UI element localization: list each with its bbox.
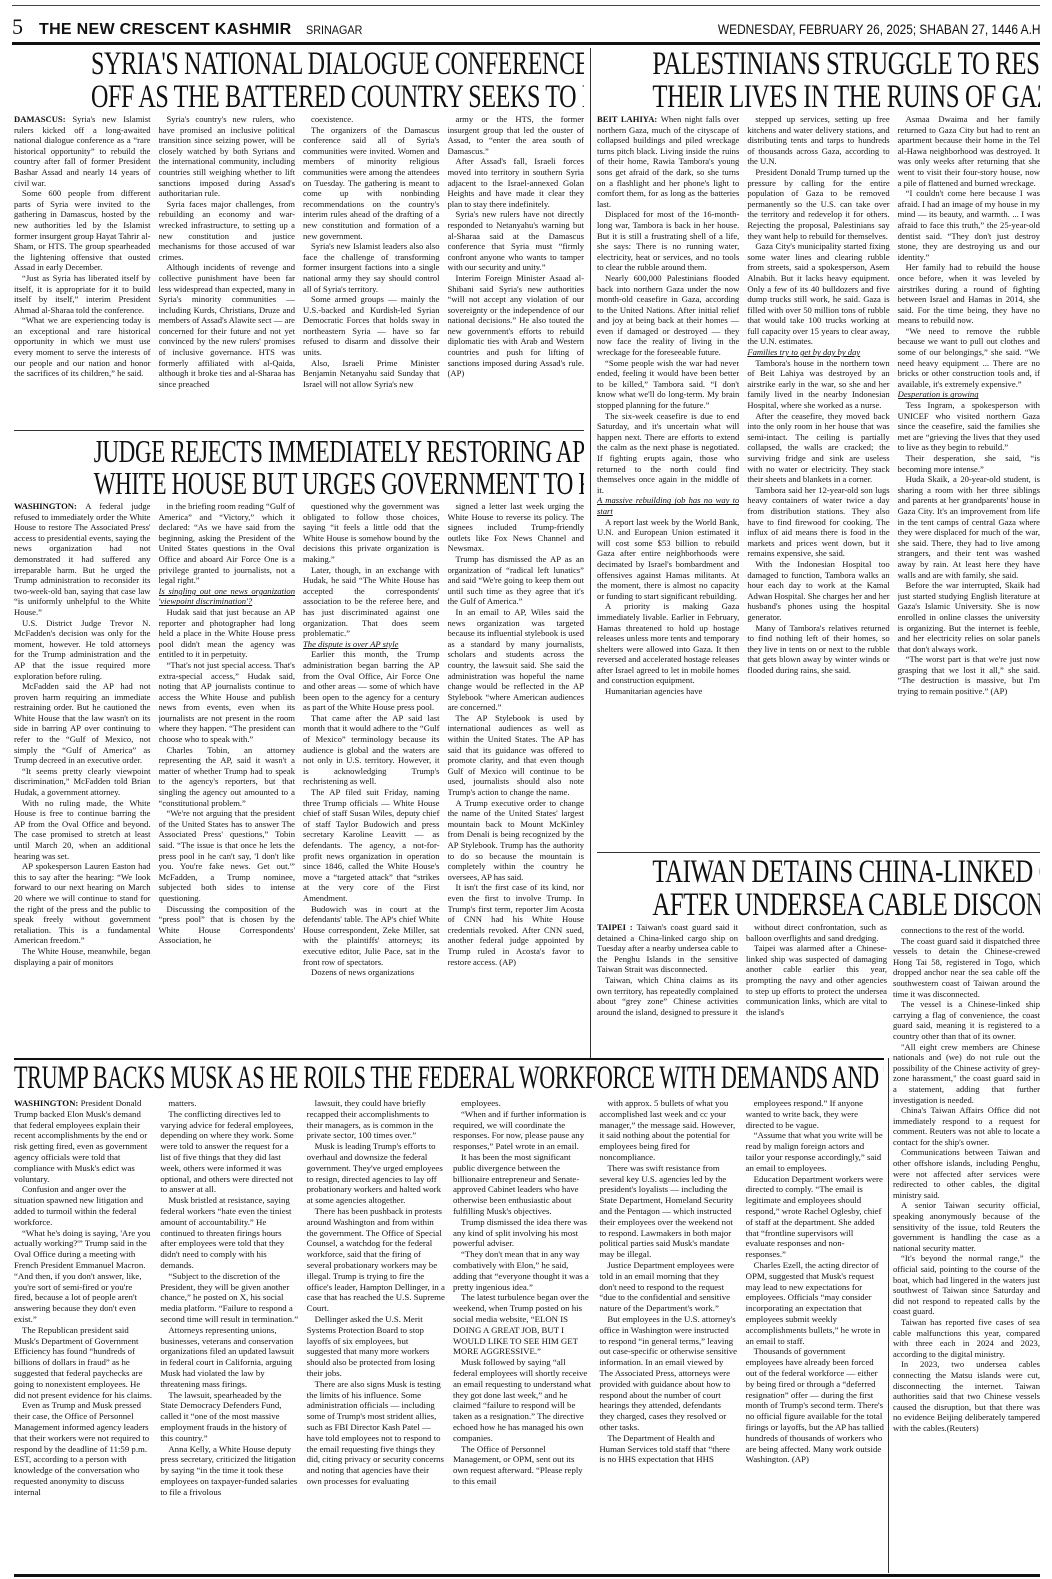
- paragraph: Syria's new rulers have not directly res…: [448, 209, 585, 273]
- headline: Syria's National Dialogue Conference Kic…: [14, 48, 584, 114]
- column-divider: [888, 1058, 889, 1573]
- paragraph: The vessel is a Chinese-linked ship carr…: [893, 999, 1040, 1041]
- paragraph: “We're not arguing that the president of…: [159, 808, 296, 903]
- paragraph: Huda Skaik, a 20-year-old student, is sh…: [898, 474, 1040, 580]
- paragraph: Gaza City's municipality started fixing …: [747, 241, 889, 347]
- paragraph: “What we are experiencing today is an ex…: [14, 315, 151, 379]
- paragraph: Tambora's house in the northern town of …: [747, 358, 889, 411]
- paragraph: Although incidents of revenge and collec…: [159, 262, 296, 389]
- article-body: DAMASCUS: Syria's new Islamist rulers ki…: [14, 114, 584, 424]
- paragraph: “When and if further information is requ…: [453, 1109, 591, 1152]
- paragraph: U.S. District Judge Trevor N. McFadden's…: [14, 618, 151, 682]
- paragraph: Some armed groups — mainly the U.S.-back…: [303, 294, 440, 358]
- paragraph: The conflicting directives led to varyin…: [160, 1109, 298, 1195]
- paragraph: The Office of Personnel Management, or O…: [453, 1444, 591, 1487]
- article-body: TAIPEI : Taiwan's coast guard said it de…: [597, 922, 887, 1052]
- paragraph: "All eight crew members are Chinese nati…: [893, 1042, 1040, 1106]
- article-taiwan-continued: connections to the rest of the world.The…: [893, 925, 1040, 1565]
- text-column: Asmaa Dwaima and her family returned to …: [898, 114, 1040, 840]
- paragraph: Her family had to rebuild the house once…: [898, 262, 1040, 326]
- article-judge: Judge Rejects Immediately Restoring AP's…: [14, 435, 584, 1055]
- paragraph: With no ruling made, the White House is …: [14, 798, 151, 862]
- paragraph: Musk followed by saying “all federal emp…: [453, 1357, 591, 1443]
- paragraph: employees respond.” If anyone wanted to …: [746, 1098, 884, 1130]
- paragraph: Dozens of news organizations: [303, 967, 440, 978]
- paragraph: Attorneys representing unions, businesse…: [160, 1325, 298, 1390]
- paragraph: Later, though, in an exchange with Hudak…: [303, 565, 440, 639]
- paragraph: The latest turbulence began over the wee…: [453, 1292, 591, 1357]
- paragraph: Some 600 people from different parts of …: [14, 188, 151, 273]
- dateline: WASHINGTON:: [14, 1098, 81, 1108]
- paragraph: stepped up services, setting up free kit…: [747, 114, 889, 167]
- paragraph: President Donald Trump turned up the pre…: [747, 167, 889, 241]
- paragraph: In 2023, two undersea cables connecting …: [893, 1359, 1040, 1433]
- paragraph: lawsuit, they could have briefly recappe…: [307, 1098, 445, 1141]
- paragraph: The organizers of the Damascus conferenc…: [303, 125, 440, 242]
- paragraph: DAMASCUS: Syria's new Islamist rulers ki…: [14, 114, 151, 188]
- paragraph: But employees in the U.S. attorney's off…: [599, 1314, 737, 1433]
- paragraph: Trump has dismissed the AP as an organiz…: [448, 554, 585, 607]
- paragraph: Interim Foreign Minister Asaad al-Shiban…: [448, 273, 585, 379]
- paragraph: A report last week by the World Bank, U.…: [597, 517, 739, 602]
- paragraph: Humanitarian agencies have: [597, 686, 739, 697]
- text-column: DAMASCUS: Syria's new Islamist rulers ki…: [14, 114, 151, 424]
- paragraph: signed a letter last week urging the Whi…: [448, 501, 585, 554]
- masthead-rule: [12, 42, 1040, 45]
- headline: Trump Backs Musk As He Roils The Federal…: [14, 1062, 884, 1098]
- text-column: questioned why the government was obliga…: [303, 501, 440, 1053]
- paragraph: Charles Ezell, the acting director of OP…: [746, 1260, 884, 1346]
- paragraph: Syria's new Islamist leaders also also f…: [303, 241, 440, 294]
- paragraph: Taiwan, which China claims as its own te…: [597, 975, 738, 1017]
- article-body: WASHINGTON: President Donald Trump backe…: [14, 1098, 884, 1568]
- headline: Judge Rejects Immediately Restoring AP's…: [14, 435, 584, 501]
- text-column: lawsuit, they could have briefly recappe…: [307, 1098, 445, 1568]
- paragraph: “That's not just special access. That's …: [159, 660, 296, 745]
- paragraph: “We need to remove the rubble because we…: [898, 326, 1040, 390]
- paragraph: WASHINGTON: A federal judge refused to i…: [14, 501, 151, 618]
- edition-city: SRINAGAR: [306, 23, 362, 37]
- paragraph: WASHINGTON: President Donald Trump backe…: [14, 1098, 152, 1184]
- text-column: matters.The conflicting directives led t…: [160, 1098, 298, 1568]
- paragraph: The Republican president said Musk's Dep…: [14, 1325, 152, 1401]
- dateline: TAIPEI :: [597, 922, 637, 932]
- headline-line: White House But Urges Government To Reco…: [94, 467, 504, 499]
- headline-line: Trump Backs Musk As He Roils The Federal…: [14, 1062, 597, 1095]
- paragraph: “They don't mean that in any way combati…: [453, 1249, 591, 1292]
- paragraph: The six-week ceasefire is due to end Sat…: [597, 411, 739, 496]
- paragraph: The White House, meanwhile, began displa…: [14, 946, 151, 967]
- paragraph: Discussing the composition of the “press…: [159, 904, 296, 946]
- paragraph: The coast guard said it dispatched three…: [893, 936, 1040, 1000]
- headline-line: Off As The Battered Country Seeks To Reb…: [91, 81, 507, 114]
- paragraph: There has been pushback in protests arou…: [307, 1206, 445, 1314]
- article-body: WASHINGTON: A federal judge refused to i…: [14, 501, 584, 1053]
- dateline: WASHINGTON:: [14, 501, 85, 511]
- article-syria: Syria's National Dialogue Conference Kic…: [14, 48, 584, 426]
- subheading: Families try to get by day by day: [747, 347, 889, 358]
- paragraph: Before the war interrupted, Skaik had ju…: [898, 580, 1040, 654]
- text-column: BEIT LAHIYA: When night falls over north…: [597, 114, 739, 840]
- paragraph: After the ceasefire, they moved back int…: [747, 411, 889, 485]
- text-column: coexistence.The organizers of the Damasc…: [303, 114, 440, 424]
- bottom-rule: [14, 1574, 1040, 1577]
- paragraph: That came after the AP said last month t…: [303, 713, 440, 787]
- paragraph: Syria's country's new rulers, who have p…: [159, 114, 296, 199]
- paragraph: Tambora said her 12-year-old son lugs he…: [747, 485, 889, 559]
- article-body: connections to the rest of the world.The…: [893, 925, 1040, 1565]
- headline-line: Palestinians Struggle To Restart: [652, 48, 984, 81]
- paragraph: Musk is leading Trump's efforts to overh…: [307, 1141, 445, 1206]
- paragraph: without direct confrontation, such as ba…: [746, 922, 887, 943]
- subheading: The dispute is over AP style: [303, 639, 440, 650]
- paragraph: The lawsuit, spearheaded by the State De…: [160, 1390, 298, 1444]
- paragraph: “Subject to the discretion of the Presid…: [160, 1271, 298, 1325]
- paragraph: TAIPEI : Taiwan's coast guard said it de…: [597, 922, 738, 975]
- paragraph: Nearly 600,000 Palestinians flooded back…: [597, 273, 739, 358]
- paragraph: Taipei was alarmed after a Chinese-linke…: [746, 943, 887, 1017]
- article-body: BEIT LAHIYA: When night falls over north…: [597, 114, 1040, 840]
- section-rule: [14, 430, 584, 431]
- text-column: connections to the rest of the world.The…: [893, 925, 1040, 1565]
- paragraph: army or the HTS, the former insurgent gr…: [448, 114, 585, 156]
- text-column: Syria's country's new rulers, who have p…: [159, 114, 296, 424]
- masthead: 5 THE NEW CRESCENT KASHMIR SRINAGAR WEDN…: [12, 14, 1040, 42]
- paragraph: Syria faces major challenges, from rebui…: [159, 199, 296, 263]
- paragraph: Many of Tambora's relatives returned to …: [747, 623, 889, 676]
- paragraph: Communications between Taiwan and other …: [893, 1147, 1040, 1200]
- subheading: A massive rebuilding job has no way to s…: [597, 495, 739, 516]
- paragraph: “What he's doing is saying, 'Are you act…: [14, 1228, 152, 1325]
- paragraph: Justice Department employees were told i…: [599, 1260, 737, 1314]
- paragraph: coexistence.: [303, 114, 440, 125]
- paragraph: Asmaa Dwaima and her family returned to …: [898, 114, 1040, 188]
- headline: Taiwan Detains China-Linked Cargo Ship A…: [597, 856, 1040, 922]
- paragraph: Trump dismissed the idea there was any k…: [453, 1217, 591, 1249]
- paragraph: Budowich was in court at the defendants'…: [303, 904, 440, 968]
- paragraph: Earlier this month, the Trump administra…: [303, 649, 440, 713]
- text-column: WASHINGTON: President Donald Trump backe…: [14, 1098, 152, 1568]
- paragraph: “It's beyond the normal range,” the offi…: [893, 1253, 1040, 1317]
- paragraph: Even as Trump and Musk pressed their cas…: [14, 1400, 152, 1497]
- article-musk: Trump Backs Musk As He Roils The Federal…: [14, 1062, 884, 1577]
- paragraph: With the Indonesian Hospital too damaged…: [747, 559, 889, 623]
- headline-line: Syria's National Dialogue Conference Kic…: [91, 48, 507, 81]
- paragraph: employees.: [453, 1098, 591, 1109]
- subheading: Desperation is growing: [898, 389, 1040, 400]
- paragraph: Education Department workers were direct…: [746, 1174, 884, 1260]
- paragraph: The AP filed suit Friday, naming three T…: [303, 787, 440, 904]
- paragraph: The Department of Health and Human Servi…: [599, 1433, 737, 1465]
- text-column: employees.“When and if further informati…: [453, 1098, 591, 1568]
- column-divider: [590, 48, 591, 1058]
- paragraph: In an email to AP, Wiles said the news o…: [448, 607, 585, 713]
- text-column: in the briefing room reading “Gulf of Am…: [159, 501, 296, 1053]
- paragraph: Musk bristled at resistance, saying fede…: [160, 1195, 298, 1271]
- paragraph: Hudak said that just because an AP repor…: [159, 607, 296, 660]
- paragraph: in the briefing room reading “Gulf of Am…: [159, 501, 296, 586]
- paragraph: Also, Israeli Prime Minister Benjamin Ne…: [303, 358, 440, 390]
- paragraph: A priority is making Gaza immediately li…: [597, 601, 739, 686]
- section-rule: [597, 852, 1040, 853]
- headline-line: Judge Rejects Immediately Restoring AP's…: [94, 435, 504, 467]
- paragraph: Displaced for most of the 16-month-long …: [597, 209, 739, 273]
- paragraph: Taiwan has reported five cases of sea ca…: [893, 1317, 1040, 1359]
- paragraph: Their desperation, she said, “is becomin…: [898, 453, 1040, 474]
- headline-line: Taiwan Detains China-Linked Cargo Ship: [652, 856, 984, 889]
- paragraph: McFadden said the AP had not proven harm…: [14, 681, 151, 766]
- text-column: signed a letter last week urging the Whi…: [448, 501, 585, 1053]
- page-number: 5: [12, 14, 23, 40]
- headline-line: After Undersea Cable Disconnected: [652, 889, 984, 922]
- paragraph: It isn't the first case of its kind, nor…: [448, 882, 585, 967]
- paragraph: After Assad's fall, Israeli forces moved…: [448, 156, 585, 209]
- paragraph: “Some people wish the war had never ende…: [597, 358, 739, 411]
- article-gaza: Palestinians Struggle To Restart Their L…: [597, 48, 1040, 840]
- headline: Palestinians Struggle To Restart Their L…: [597, 48, 1040, 114]
- paragraph: Thousands of government employees have a…: [746, 1346, 884, 1465]
- top-rule: [12, 5, 1040, 6]
- paragraph: Charles Tobin, an attorney representing …: [159, 745, 296, 809]
- paragraph: “Assume that what you write will be read…: [746, 1130, 884, 1173]
- paragraph: matters.: [160, 1098, 298, 1109]
- paragraph: Dellinger asked the U.S. Merit Systems P…: [307, 1314, 445, 1379]
- paragraph: “The worst part is that we're just now g…: [898, 654, 1040, 696]
- text-column: stepped up services, setting up free kit…: [747, 114, 889, 840]
- text-column: army or the HTS, the former insurgent gr…: [448, 114, 585, 424]
- paragraph: “I couldn't come here because I was afra…: [898, 188, 1040, 262]
- paragraph: A senior Taiwan security official, speak…: [893, 1200, 1040, 1253]
- text-column: without direct confrontation, such as ba…: [746, 922, 887, 1052]
- paragraph: There are also signs Musk is testing the…: [307, 1379, 445, 1487]
- paragraph: “Just as Syria has liberated itself by i…: [14, 273, 151, 315]
- dateline: BEIT LAHIYA:: [597, 114, 661, 124]
- paragraph: Confusion and anger over the situation s…: [14, 1184, 152, 1227]
- text-column: WASHINGTON: A federal judge refused to i…: [14, 501, 151, 1053]
- paragraph: There was swift resistance from several …: [599, 1163, 737, 1260]
- paragraph: “It seems pretty clearly viewpoint discr…: [14, 766, 151, 798]
- text-column: with approx. 5 bullets of what you accom…: [599, 1098, 737, 1568]
- section-rule: [14, 1058, 884, 1060]
- subheading: Is singling out one news organization 'v…: [159, 586, 296, 607]
- newspaper-name: THE NEW CRESCENT KASHMIR: [39, 21, 292, 39]
- paragraph: BEIT LAHIYA: When night falls over north…: [597, 114, 739, 209]
- paragraph: questioned why the government was obliga…: [303, 501, 440, 565]
- text-column: TAIPEI : Taiwan's coast guard said it de…: [597, 922, 738, 1052]
- paragraph: connections to the rest of the world.: [893, 925, 1040, 936]
- paragraph: with approx. 5 bullets of what you accom…: [599, 1098, 737, 1163]
- issue-date: WEDNESDAY, FEBRUARY 26, 2025; SHABAN 27,…: [717, 21, 1040, 37]
- paragraph: AP spokesperson Lauren Easton had this t…: [14, 861, 151, 946]
- dateline: DAMASCUS:: [14, 114, 72, 124]
- text-column: employees respond.” If anyone wanted to …: [746, 1098, 884, 1568]
- paragraph: China's Taiwan Affairs Office did not im…: [893, 1105, 1040, 1147]
- paragraph: A Trump executive order to change the na…: [448, 798, 585, 883]
- paragraph: Anna Kelly, a White House deputy press s…: [160, 1444, 298, 1498]
- paragraph: The AP Stylebook is used by internationa…: [448, 713, 585, 798]
- paragraph: It has been the most significant public …: [453, 1152, 591, 1217]
- headline-line: Their Lives In The Ruins Of Gaza: [652, 81, 984, 114]
- paragraph: Tess Ingram, a spokesperson with UNICEF …: [898, 400, 1040, 453]
